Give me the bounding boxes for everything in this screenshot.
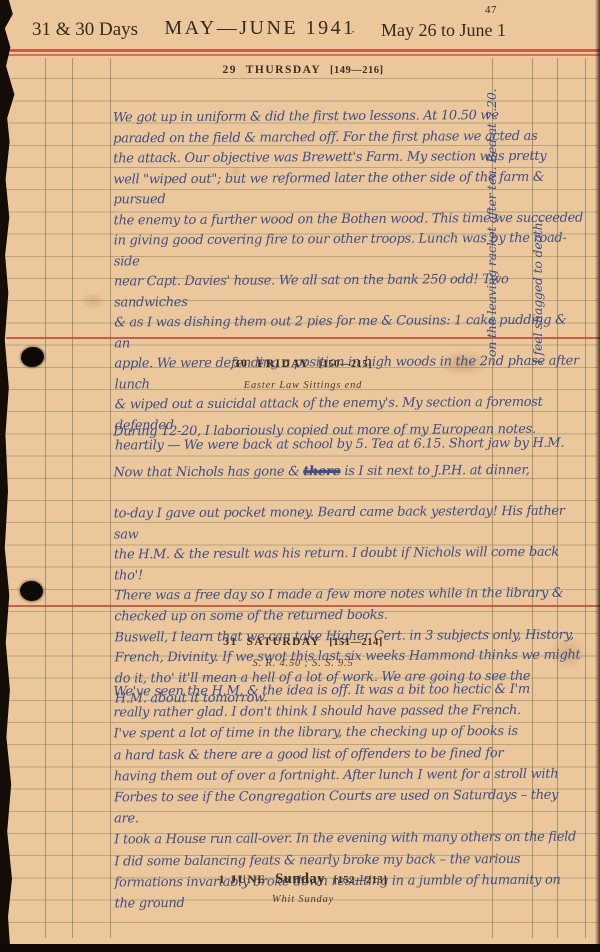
friday-line-2: Now that Nichols has gone & there is I s… [113,460,583,483]
column-rule-left-2 [72,58,73,938]
header-separator-dot: · [351,24,355,40]
saturday-day-count: [151—214] [329,637,383,648]
friday-day-name: FRIDAY [257,358,310,370]
friday-day-count: [150—215] [319,359,373,370]
friday-line-2-pre: Now that Nichols has gone & [113,464,303,480]
sunday-day-number: 1 JUNE [219,874,267,886]
margin-note-vertical-2: I feel shagged to death. [530,219,545,364]
sunday-day-name: Sunday [275,871,325,887]
margin-note-vertical-1: on the leaving racket after tea. Bed at … [484,89,499,357]
saturday-calendar-note: S. R. 4.50 ; S. S. 9.5 [252,658,353,669]
column-rule-left-1 [45,58,46,938]
scan-bottom-dark-edge [0,944,600,952]
saturday-day-header: 31 SATURDAY [151—214] [223,636,383,648]
thursday-day-number: 29 [223,64,238,76]
column-rule-left-3 [110,58,111,938]
friday-calendar-note: Easter Law Sittings end [244,380,362,391]
page-right-edge-shadow [595,0,600,945]
page-title: MAY—JUNE 1941 [164,17,355,40]
thursday-day-name: THURSDAY [246,64,321,76]
header-red-rule-top [6,49,600,52]
friday-line-1: During 12-20, I laboriously copied out m… [113,419,583,442]
friday-day-number: 30 [234,358,249,370]
friday-struck-word: there [303,464,340,479]
header-days-label: 31 & 30 Days [32,19,138,41]
thursday-day-header: 29 THURSDAY [149—216] [223,64,384,76]
friday-line-2-post: is I sit next to J.P.H. at dinner, [340,463,529,479]
diary-page: 47 31 & 30 Days MAY—JUNE 1941 · May 26 t… [0,0,600,945]
page-number: 47 [485,4,497,16]
friday-day-header: 30 FRIDAY [150—215] [234,358,372,370]
sunday-day-header: 1 JUNE Sunday [152—213] [219,871,387,888]
sunday-calendar-note: Whit Sunday [272,894,334,905]
saturday-day-number: 31 [223,636,238,648]
scanned-diary-page: { "page_number": "47", "header": { "days… [0,0,600,952]
column-rule-right-4 [585,58,586,938]
sunday-day-count: [152—213] [334,875,388,886]
header-date-range: May 26 to June 1 [381,20,506,41]
thursday-day-count: [149—216] [330,65,384,76]
saturday-day-name: SATURDAY [247,636,321,648]
header-red-rule-bottom [6,54,600,56]
